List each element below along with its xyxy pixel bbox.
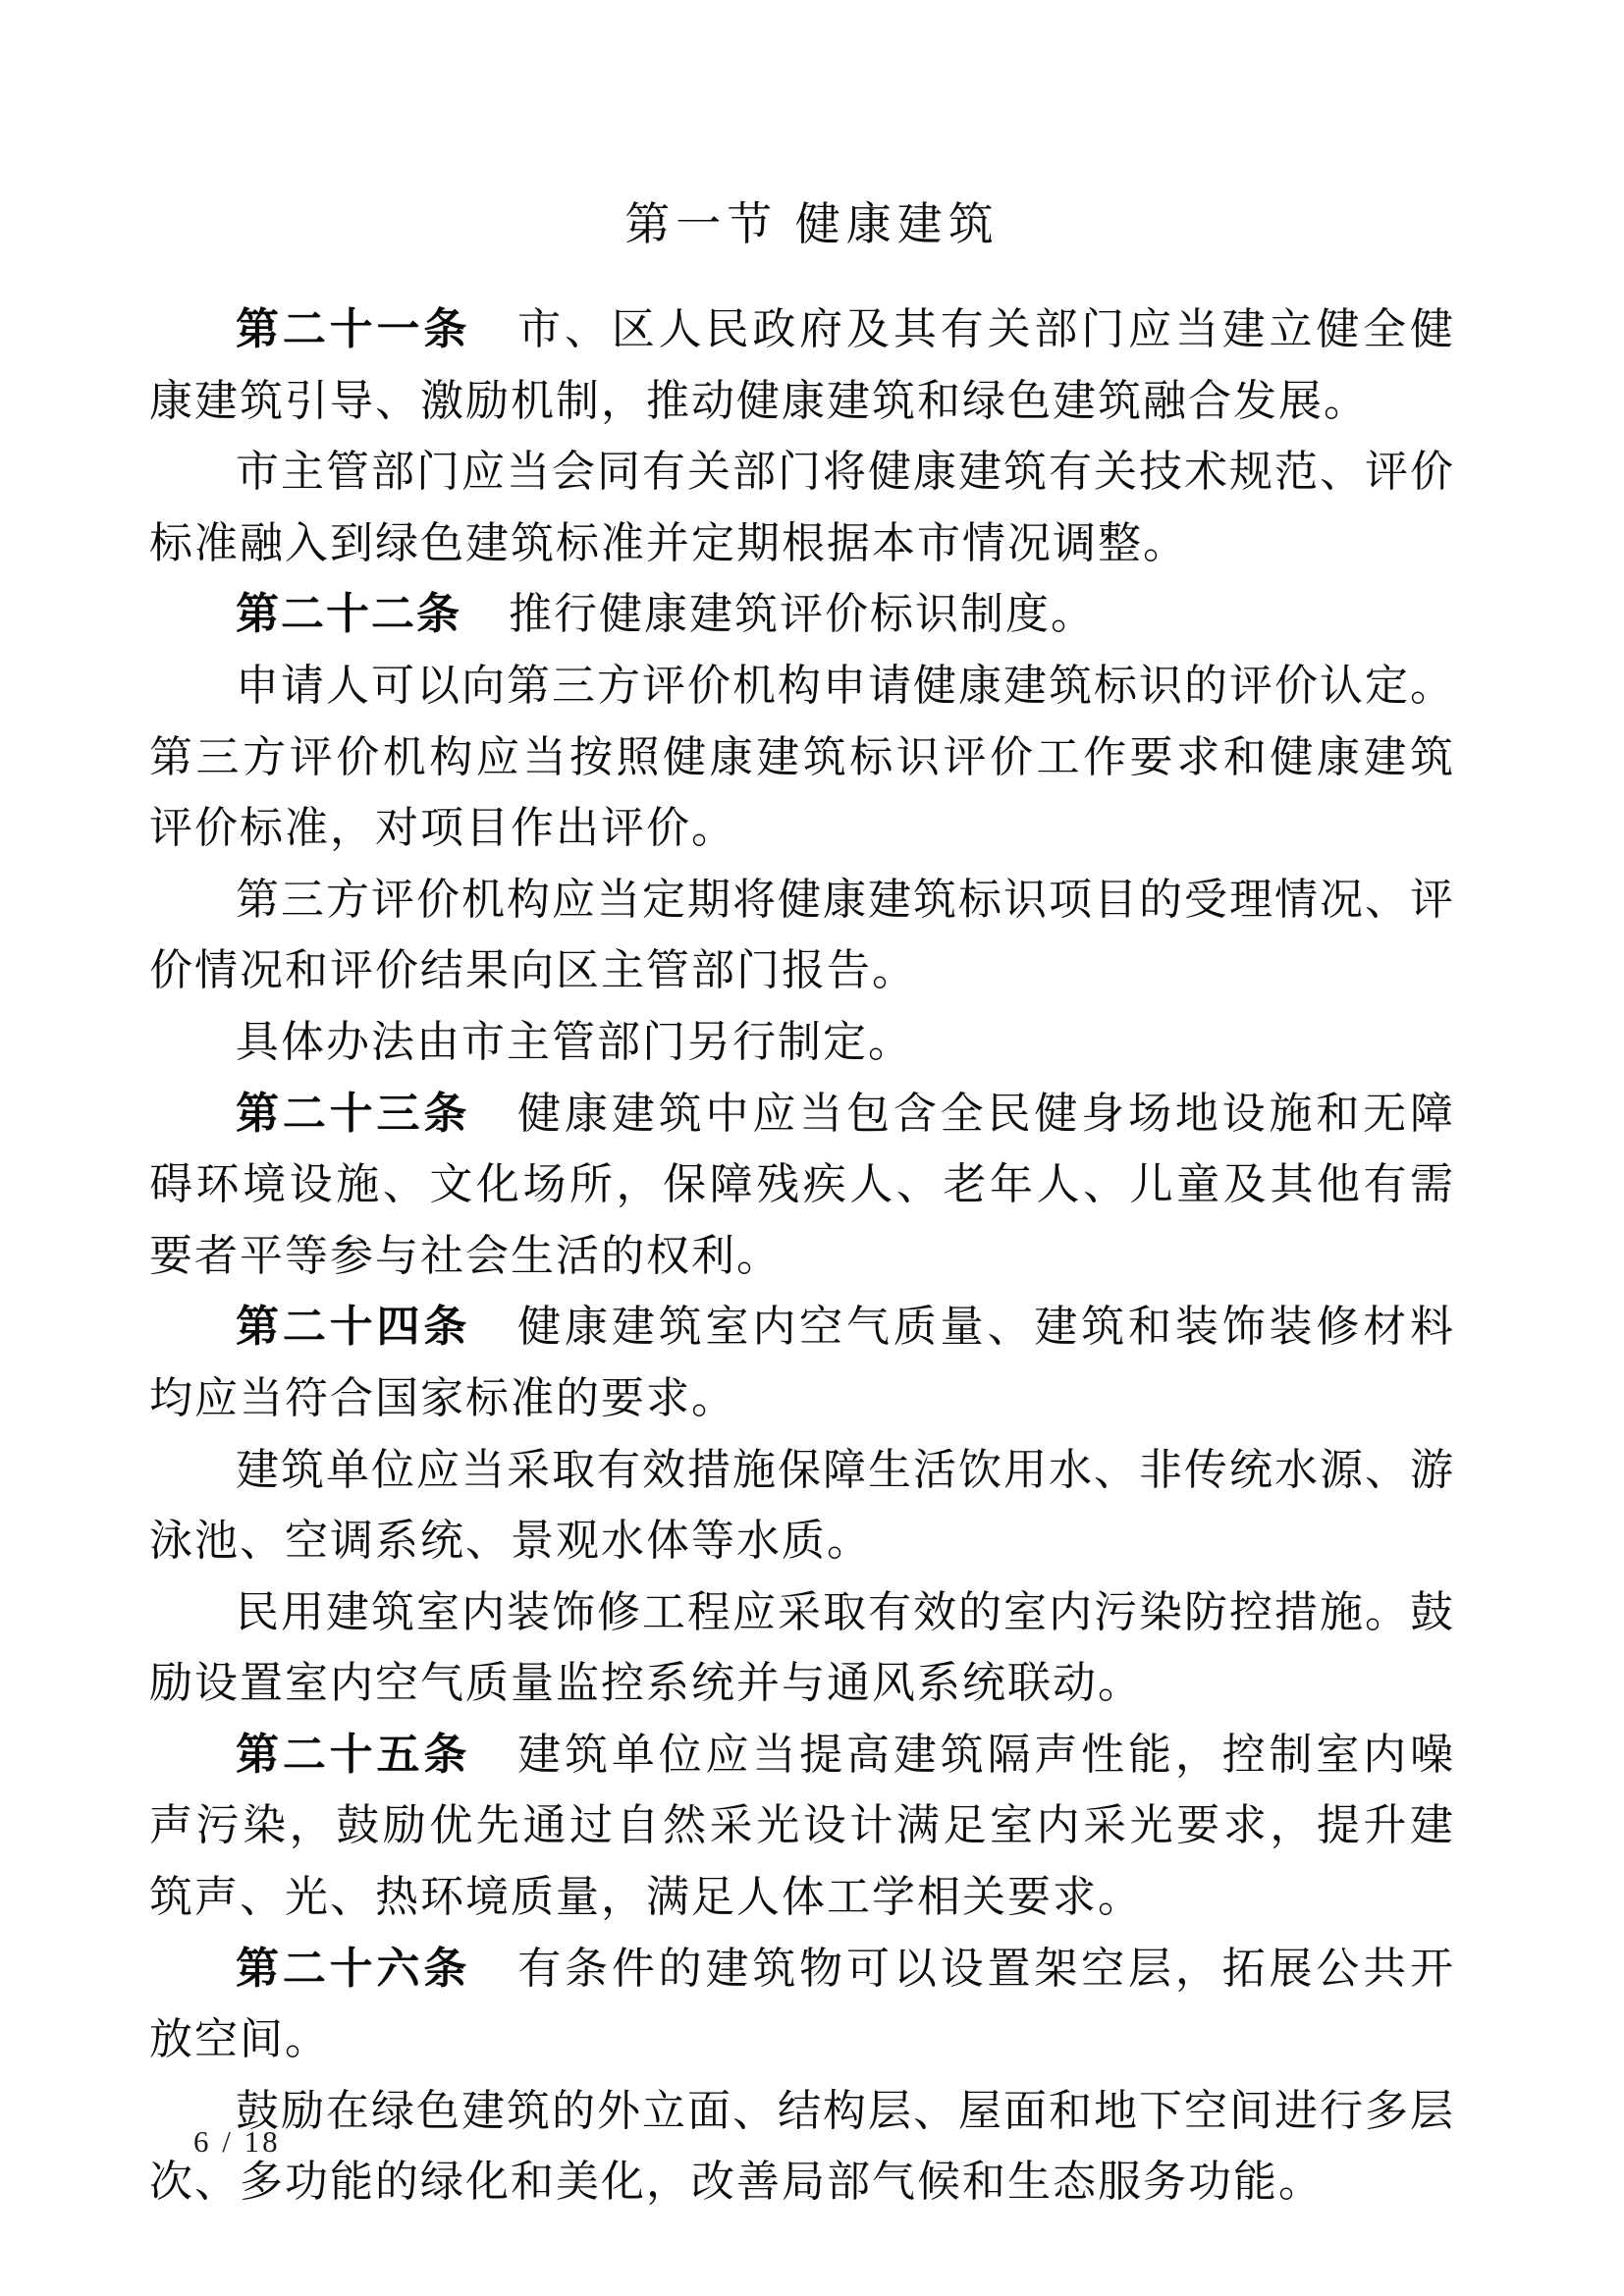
paragraph-text: 申请人可以向第三方评价机构申请健康建筑标识的评价认定。第三方评价机构应当按照健康… [149,662,1455,852]
article-paragraph: 第二十一条市、区人民政府及其有关部门应当建立健全健康建筑引导、激励机制，推动健康… [149,294,1455,437]
body-paragraph: 第三方评价机构应当定期将健康建筑标识项目的受理情况、评价情况和评价结果向区主管部… [149,865,1455,1007]
body-paragraph: 申请人可以向第三方评价机构申请健康建筑标识的评价认定。第三方评价机构应当按照健康… [149,651,1455,865]
section-heading: 第一节 健康建筑 [0,188,1624,253]
article-paragraph: 第二十五条建筑单位应当提高建筑隔声性能，控制室内噪声污染，鼓励优先通过自然采光设… [149,1720,1455,1934]
body-paragraph: 具体办法由市主管部门另行制定。 [149,1007,1455,1079]
article-number: 第二十四条 [236,1303,470,1351]
article-number: 第二十六条 [236,1945,470,1993]
article-paragraph: 第二十四条健康建筑室内空气质量、建筑和装饰装修材料均应当符合国家标准的要求。 [149,1292,1455,1434]
paragraph-text: 第三方评价机构应当定期将健康建筑标识项目的受理情况、评价情况和评价结果向区主管部… [149,876,1455,995]
body-paragraph: 市主管部门应当会同有关部门将健康建筑有关技术规范、评价标准融入到绿色建筑标准并定… [149,437,1455,579]
paragraph-text: 市主管部门应当会同有关部门将健康建筑有关技术规范、评价标准融入到绿色建筑标准并定… [149,448,1455,567]
paragraph-text: 鼓励在绿色建筑的外立面、结构层、屋面和地下空间进行多层次、多功能的绿化和美化，改… [149,2087,1455,2207]
article-number: 第二十三条 [236,1090,470,1138]
paragraph-text: 建筑单位应当采取有效措施保障生活饮用水、非传统水源、游泳池、空调系统、景观水体等… [149,1446,1455,1566]
article-paragraph: 第二十三条健康建筑中应当包含全民健身场地设施和无障碍环境设施、文化场所，保障残疾… [149,1079,1455,1293]
article-number: 第二十一条 [236,305,470,353]
page-number: 6 / 18 [193,2124,281,2160]
document-page: 第一节 健康建筑 第二十一条市、区人民政府及其有关部门应当建立健全健康建筑引导、… [0,0,1624,2296]
article-number: 第二十二条 [236,590,461,638]
paragraph-text: 具体办法由市主管部门另行制定。 [236,1018,913,1066]
body-paragraph: 民用建筑室内装饰修工程应采取有效的室内污染防控措施。鼓励设置室内空气质量监控系统… [149,1577,1455,1720]
article-number: 第二十五条 [236,1731,470,1779]
article-paragraph: 第二十二条推行健康建筑评价标识制度。 [149,579,1455,651]
article-paragraph: 第二十六条有条件的建筑物可以设置架空层，拓展公共开放空间。 [149,1934,1455,2076]
document-body: 第二十一条市、区人民政府及其有关部门应当建立健全健康建筑引导、激励机制，推动健康… [149,294,1455,2218]
article-text: 推行健康建筑评价标识制度。 [509,590,1096,638]
body-paragraph: 建筑单位应当采取有效措施保障生活饮用水、非传统水源、游泳池、空调系统、景观水体等… [149,1435,1455,1577]
paragraph-text: 民用建筑室内装饰修工程应采取有效的室内污染防控措施。鼓励设置室内空气质量监控系统… [149,1588,1455,1708]
body-paragraph: 鼓励在绿色建筑的外立面、结构层、屋面和地下空间进行多层次、多功能的绿化和美化，改… [149,2076,1455,2218]
